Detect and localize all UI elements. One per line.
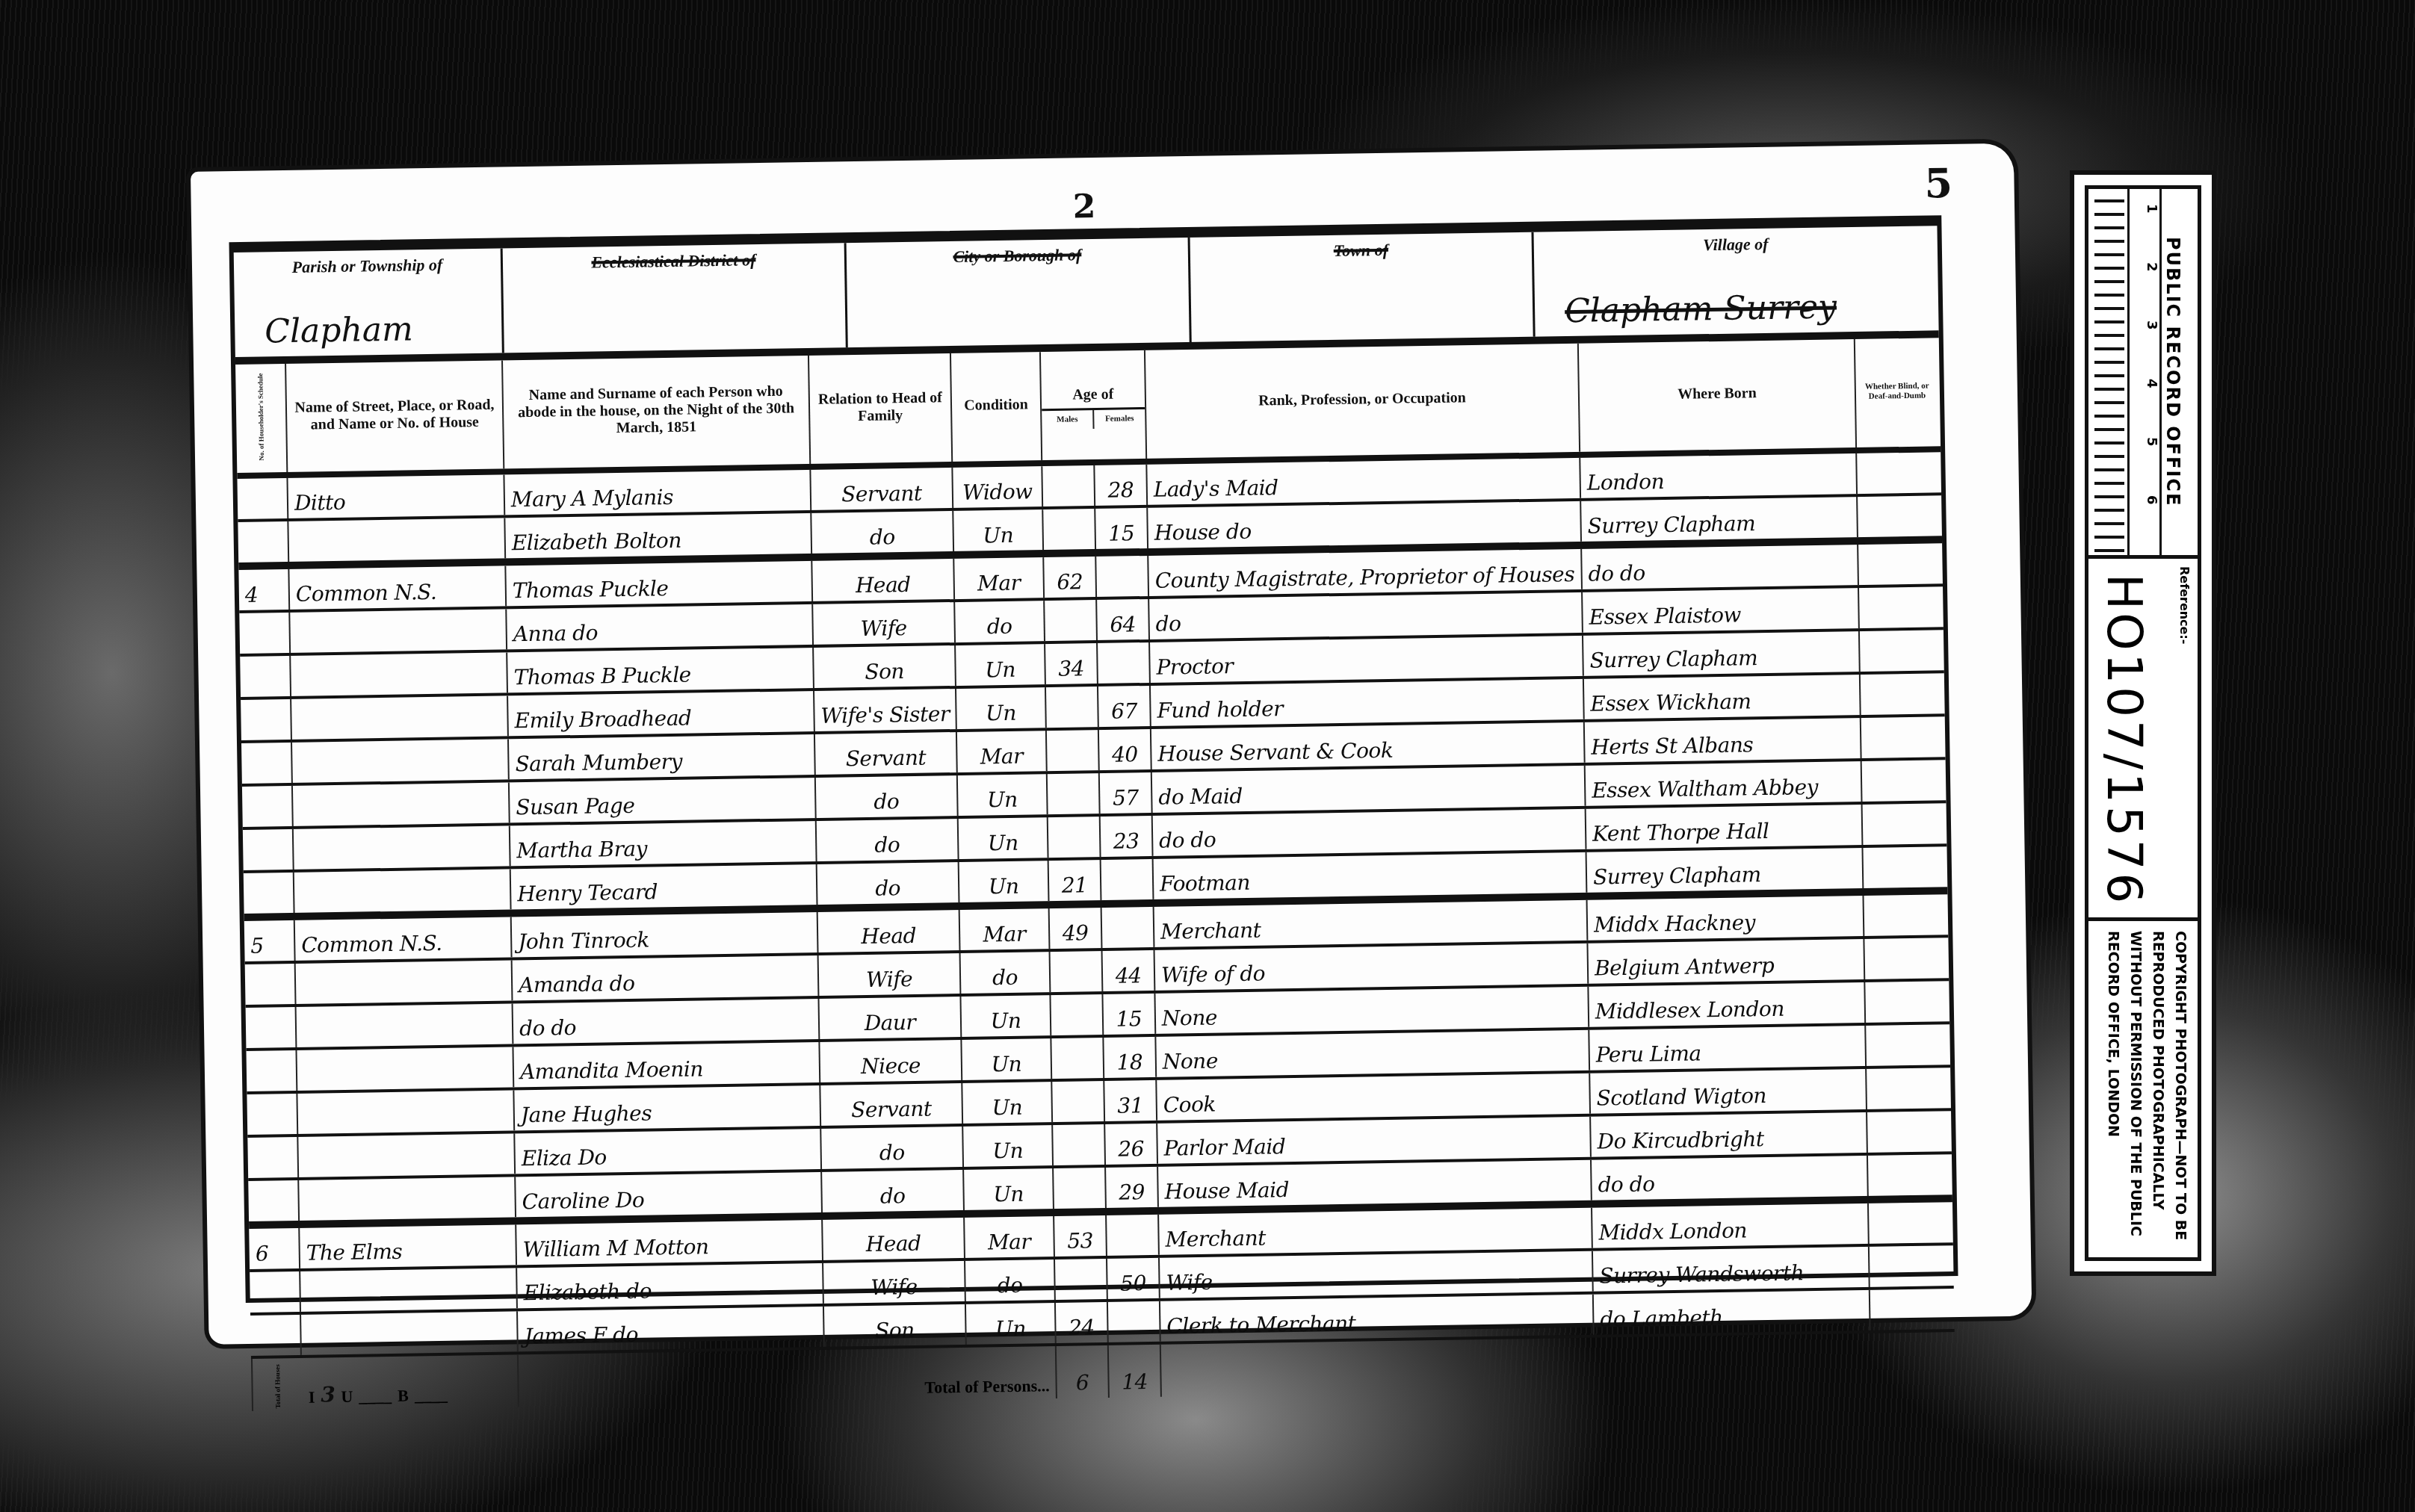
cell-male-age [1054, 1168, 1107, 1209]
col-males-header: Males [1042, 410, 1094, 430]
cell-address: Ditto [288, 474, 505, 518]
reference-number: HO107/1576 [2096, 574, 2151, 906]
cell-relation: Wife [823, 1261, 966, 1304]
cell-relation: Son [814, 645, 956, 688]
cell-blind-status [1869, 1202, 1952, 1244]
cell-female-age [1102, 907, 1155, 948]
cell-schedule-no [244, 873, 295, 914]
cell-occupation: Wife [1160, 1251, 1594, 1298]
cell-occupation: House Servant & Cook [1151, 722, 1586, 769]
cell-person-name: John Tinrock [512, 912, 819, 957]
cell-condition: Mar [965, 1216, 1055, 1258]
parish-value: Clapham [265, 310, 413, 350]
cell-birthplace: Herts St Albans [1585, 718, 1862, 763]
cell-occupation: Footman [1154, 852, 1588, 899]
cell-occupation: do do [1153, 809, 1587, 856]
cell-condition: Un [958, 774, 1048, 816]
houses-total-label: Total of Houses [251, 1358, 303, 1411]
cell-male-age [1051, 1038, 1104, 1079]
cell-person-name: Elizabeth do [517, 1263, 824, 1308]
cell-schedule-no [245, 964, 297, 1005]
cell-condition: Widow [953, 466, 1043, 508]
cell-person-name: Thomas Puckle [506, 561, 813, 606]
cell-blind-status [1860, 630, 1943, 672]
cell-address [300, 1268, 518, 1312]
cell-female-age [1107, 1215, 1160, 1256]
cell-relation: do [817, 862, 960, 905]
cell-male-age: 21 [1049, 860, 1102, 901]
cell-schedule-no [247, 1137, 299, 1178]
cell-person-name: William M Motton [516, 1220, 823, 1265]
cell-condition: Un [959, 817, 1049, 859]
cell-occupation: Merchant [1154, 900, 1589, 947]
cell-male-age: 34 [1045, 643, 1098, 684]
col-relation-header: Relation to Head of Family [809, 353, 953, 464]
col-blind-header: Whether Blind, or Deaf-and-Dumb [1855, 338, 1939, 447]
cell-birthplace: Essex Waltham Abbey [1586, 761, 1863, 806]
reference-card: 123456 PUBLIC RECORD OFFICE Reference:- … [2070, 170, 2216, 1276]
cell-schedule-no [237, 478, 288, 519]
cell-occupation: House do [1148, 501, 1582, 548]
cell-birthplace: London [1580, 453, 1858, 498]
cell-condition: Un [956, 644, 1046, 686]
cell-address [297, 1090, 515, 1134]
cell-schedule-no: 5 [244, 920, 296, 961]
cell-address [299, 1177, 516, 1221]
cell-male-age [1053, 1124, 1106, 1165]
cell-blind-status [1867, 1068, 1949, 1109]
cell-male-age [1045, 600, 1098, 641]
cell-person-name: James F do [518, 1307, 825, 1351]
cell-female-age: 28 [1095, 465, 1148, 506]
cell-person-name: do do [513, 999, 820, 1044]
cell-condition: Un [964, 1168, 1054, 1210]
cell-female-age: 18 [1104, 1037, 1157, 1078]
cell-birthplace: Middx London [1592, 1203, 1870, 1248]
cell-blind-status [1868, 1154, 1951, 1196]
parish-cell: Parish or Township of Clapham [234, 248, 504, 357]
cell-schedule-no [240, 656, 291, 697]
cell-condition: do [965, 1260, 1056, 1301]
ecclesiastical-label: Ecclesiastical District of [513, 249, 834, 273]
parish-label: Parish or Township of [244, 255, 490, 278]
cell-address [291, 652, 508, 696]
cell-relation: Niece [820, 1040, 962, 1082]
cell-address [294, 825, 511, 870]
cell-relation: Head [812, 559, 955, 601]
cell-relation: do [811, 511, 954, 554]
cell-male-age [1048, 773, 1101, 814]
cell-birthplace: Do Kircudbright [1591, 1112, 1868, 1157]
cell-relation: Head [823, 1218, 965, 1260]
cell-birthplace: Essex Plaistow [1583, 588, 1860, 633]
village-cell: Village of Clapham Surrey [1533, 226, 1938, 336]
cell-person-name: Susan Page [510, 778, 817, 822]
cell-relation: Wife [813, 602, 956, 645]
cell-female-age [1098, 642, 1151, 684]
city-cell: City or Borough of [847, 238, 1192, 347]
cell-blind-status [1866, 1024, 1949, 1066]
col-condition-header: Condition [951, 352, 1042, 462]
cell-schedule-no [250, 1315, 302, 1356]
cell-schedule-no [246, 1050, 297, 1091]
cell-address [294, 869, 512, 913]
cell-person-name: Sarah Mumbery [509, 734, 816, 779]
cell-relation: Servant [820, 1083, 963, 1126]
cell-address [301, 1311, 519, 1355]
cell-occupation: Wife of do [1155, 944, 1589, 991]
cell-relation: Son [824, 1304, 967, 1347]
cell-male-age: 24 [1056, 1302, 1109, 1343]
cell-occupation: Clerk to Merchant [1160, 1295, 1595, 1342]
cell-address [296, 960, 513, 1004]
cell-blind-status [1857, 452, 1940, 494]
cell-female-age: 15 [1095, 508, 1148, 549]
cell-birthplace: Kent Thorpe Hall [1586, 805, 1864, 849]
cell-male-age [1055, 1259, 1108, 1300]
cell-birthplace: do Lambeth [1594, 1290, 1871, 1335]
entry-rows: DittoMary A MylanisServantWidow28Lady's … [237, 452, 1954, 1359]
cell-female-age [1108, 1301, 1161, 1342]
cell-relation: Wife's Sister [814, 689, 957, 731]
cell-occupation: Lady's Maid [1147, 458, 1581, 505]
cell-blind-status [1858, 543, 1941, 585]
cell-address [292, 739, 510, 783]
cell-female-age: 64 [1097, 599, 1150, 640]
cell-condition: Un [963, 1125, 1054, 1167]
cell-blind-status [1867, 1111, 1950, 1153]
cell-blind-status [1865, 981, 1948, 1023]
cell-blind-status [1870, 1289, 1953, 1330]
cell-occupation: Parlor Maid [1157, 1117, 1592, 1164]
reference-box: Reference:- HO107/1576 [2088, 559, 2198, 921]
cell-schedule-no [241, 743, 293, 784]
cell-relation: do [817, 819, 959, 861]
cell-birthplace: Middx Hackney [1588, 896, 1865, 941]
cell-birthplace: Middlesex London [1589, 982, 1866, 1027]
cell-schedule-no [239, 613, 291, 654]
cell-schedule-no [250, 1271, 301, 1313]
cell-female-age [1096, 556, 1149, 597]
cell-female-age: 15 [1103, 994, 1156, 1035]
cell-schedule-no [247, 1094, 298, 1135]
cell-schedule-no: 6 [249, 1228, 300, 1269]
cell-relation: Servant [815, 732, 958, 775]
col-age-header: Age of Males Females [1041, 350, 1147, 460]
col-name-header: Name and Surname of each Person who abod… [503, 356, 811, 468]
cell-birthplace: Belgium Antwerp [1588, 939, 1865, 984]
cell-male-age: 49 [1050, 908, 1103, 949]
cell-relation: Wife [819, 953, 962, 996]
females-total: 14 [1109, 1345, 1162, 1398]
cell-birthplace: Surrey Clapham [1587, 848, 1864, 893]
copyright-notice: COPYRIGHT PHOTOGRAPH—NOT TO BE REPRODUCE… [2088, 925, 2198, 1257]
cell-blind-status [1862, 760, 1945, 802]
cell-blind-status [1864, 894, 1946, 936]
cell-schedule-no [246, 1007, 297, 1048]
cell-female-age: 26 [1105, 1124, 1158, 1165]
cell-male-age [1046, 687, 1099, 728]
cell-female-age: 31 [1104, 1080, 1157, 1121]
cell-male-age [1043, 509, 1096, 550]
cell-condition: Un [962, 1038, 1052, 1080]
col-schedule-header: No. of Householder's Schedule [235, 364, 288, 473]
cell-birthplace: Peru Lima [1589, 1026, 1867, 1071]
cell-male-age: 62 [1044, 557, 1097, 598]
cell-person-name: Anna do [507, 604, 814, 649]
cell-schedule-no: 4 [238, 569, 290, 610]
cell-address [297, 1003, 514, 1047]
cell-occupation: Proctor [1150, 636, 1584, 683]
cell-condition: Un [962, 1082, 1053, 1124]
cell-female-age: 50 [1107, 1258, 1160, 1299]
cell-person-name: Thomas B Puckle [507, 648, 814, 693]
cell-address: The Elms [300, 1224, 517, 1268]
cell-condition: do [961, 952, 1051, 994]
cell-relation: do [822, 1170, 965, 1212]
cell-address [288, 518, 506, 562]
cell-occupation: County Magistrate, Proprietor of Houses [1148, 549, 1583, 596]
cell-address [290, 609, 507, 653]
cell-person-name: Mary A Mylanis [504, 470, 811, 515]
cell-birthplace: Surrey Clapham [1583, 631, 1861, 676]
cell-condition: Mar [960, 908, 1051, 950]
folio-number-right: 5 [1924, 159, 1953, 208]
cell-schedule-no [242, 786, 294, 827]
cell-female-age: 67 [1098, 686, 1151, 727]
cell-female-age [1101, 859, 1154, 900]
cell-blind-status [1863, 846, 1946, 888]
cell-relation: Head [818, 910, 961, 952]
cell-female-age: 44 [1103, 950, 1156, 991]
cell-birthplace: Surrey Clapham [1581, 497, 1858, 542]
cell-male-age [1052, 1081, 1105, 1122]
cell-female-age: 23 [1101, 816, 1154, 857]
cell-occupation: None [1155, 987, 1589, 1034]
houses-total-values: I 3 U____ B____ [302, 1354, 519, 1410]
cell-person-name: Jane Hughes [514, 1085, 821, 1130]
cell-birthplace: do do [1582, 545, 1859, 589]
cell-condition: do [955, 601, 1045, 642]
cell-male-age [1042, 465, 1095, 506]
cell-occupation: do Maid [1152, 766, 1586, 813]
cell-address [291, 695, 509, 740]
cell-blind-status [1861, 716, 1944, 758]
cell-person-name: Amandita Moenin [513, 1042, 820, 1087]
cell-occupation: Cook [1157, 1073, 1591, 1121]
cell-relation: do [821, 1127, 964, 1169]
cell-female-age: 29 [1106, 1167, 1159, 1208]
cell-male-age: 53 [1054, 1215, 1107, 1257]
town-label: Town of [1201, 238, 1521, 263]
cell-male-age [1048, 817, 1101, 858]
cell-person-name: Martha Bray [510, 821, 817, 866]
ecclesiastical-cell: Ecclesiastical District of [503, 243, 848, 353]
cell-occupation: None [1156, 1030, 1590, 1077]
census-page: 2 5 Parish or Township of Clapham Eccles… [191, 143, 2032, 1345]
village-label: Village of [1544, 232, 1927, 258]
cell-female-age: 40 [1099, 729, 1152, 770]
cell-blind-status [1864, 938, 1947, 979]
cell-condition: Un [961, 995, 1051, 1037]
cell-occupation: Merchant [1159, 1208, 1593, 1255]
col-birthplace-header: Where Born [1579, 339, 1857, 452]
cell-condition: Un [959, 861, 1050, 902]
cell-relation: do [816, 775, 959, 818]
cell-blind-status [1859, 586, 1942, 628]
cell-relation: Servant [811, 468, 953, 510]
males-total: 6 [1057, 1345, 1110, 1398]
cell-male-age [1047, 730, 1100, 771]
cell-schedule-no [241, 699, 292, 740]
cell-occupation: House Maid [1158, 1160, 1592, 1207]
cell-birthplace: Scotland Wigton [1590, 1069, 1867, 1114]
cell-male-age [1051, 994, 1104, 1035]
cell-person-name: Emily Broadhead [508, 691, 815, 736]
census-form: Parish or Township of Clapham Ecclesiast… [229, 215, 1958, 1303]
cell-address: Common N.S. [295, 917, 513, 961]
cell-female-age: 57 [1100, 772, 1153, 814]
cell-birthplace: do do [1592, 1156, 1869, 1200]
cell-condition: Un [956, 687, 1047, 729]
cell-blind-status [1863, 803, 1946, 845]
cell-person-name: Henry Tecard [511, 864, 818, 909]
census-table: No. of Householder's Schedule Name of St… [235, 338, 1955, 1411]
village-value: Clapham Surrey [1565, 288, 1837, 330]
col-occupation-header: Rank, Profession, or Occupation [1145, 344, 1580, 459]
town-cell: Town of [1190, 232, 1536, 342]
cell-person-name: Caroline Do [516, 1172, 823, 1217]
cell-relation: Daur [819, 997, 962, 1039]
cell-condition: Un [953, 509, 1044, 551]
cell-schedule-no [238, 521, 289, 563]
cell-address [293, 782, 510, 826]
cell-birthplace: Surrey Wandsworth [1593, 1247, 1870, 1292]
cell-occupation: Fund holder [1151, 679, 1585, 726]
cell-blind-status [1870, 1245, 1952, 1287]
cell-blind-status [1861, 673, 1944, 715]
persons-total-label: Total of Persons... [519, 1346, 1057, 1407]
measurement-ruler: 123456 PUBLIC RECORD OFFICE [2088, 189, 2198, 559]
cell-person-name: Elizabeth Bolton [505, 513, 812, 558]
cell-person-name: Amanda do [513, 955, 820, 1000]
cell-male-age [1051, 951, 1104, 992]
cell-occupation: do [1149, 592, 1583, 639]
cell-condition: Mar [957, 731, 1048, 772]
cell-condition: Mar [954, 557, 1045, 599]
archive-name: PUBLIC RECORD OFFICE [2154, 189, 2192, 555]
city-label: City or Borough of [857, 244, 1178, 268]
cell-schedule-no [243, 829, 294, 870]
reference-label: Reference:- [2177, 566, 2192, 645]
folio-number-left: 2 [1072, 188, 1095, 226]
cell-address [298, 1133, 516, 1177]
cell-address [297, 1047, 514, 1091]
col-address-header: Name of Street, Place, or Road, and Name… [286, 360, 504, 472]
col-females-header: Females [1094, 409, 1145, 429]
inhabited-count: 3 [321, 1382, 335, 1407]
cell-blind-status [1858, 495, 1941, 537]
cell-person-name: Eliza Do [515, 1129, 822, 1174]
cell-birthplace: Essex Wickham [1584, 675, 1861, 719]
cell-condition: Un [966, 1303, 1057, 1345]
cell-schedule-no [248, 1180, 300, 1221]
cell-address: Common N.S. [289, 566, 507, 610]
